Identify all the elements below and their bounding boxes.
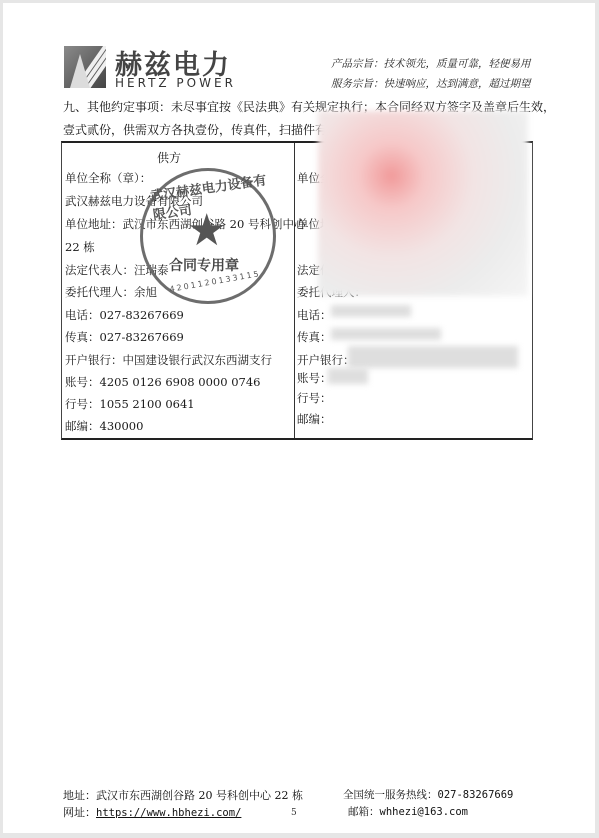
footer-hotline: 全国统一服务热线：027-83267669 [343, 787, 513, 802]
buyer-bank-label: 开户银行： [297, 352, 355, 368]
supplier-postcode: 邮编：430000 [65, 418, 143, 434]
buyer-bank-code-label: 行号： [297, 390, 332, 406]
supplier-phone: 电话：027-83267669 [65, 307, 184, 323]
supplier-agent: 委托代理人：余旭 [65, 284, 157, 300]
supplier-name-label: 单位全称（章）： [65, 170, 151, 186]
footer-address: 地址：武汉市东西湖创谷路 20 号科创中心 22 栋 [63, 787, 303, 803]
service-motto: 服务宗旨：快速响应，达到满意，超过期望 [331, 76, 531, 91]
column-divider [294, 143, 295, 438]
page-number: 5 [291, 808, 297, 818]
footer-website-row: 网址：https://www.hbhezi.com/ [63, 804, 241, 820]
supplier-account: 账号：4205 0126 6908 0000 0746 [65, 374, 260, 390]
redacted-bank [348, 346, 518, 368]
supplier-fax: 传真：027-83267669 [65, 329, 184, 345]
website-label: 网址： [63, 806, 96, 819]
seal-label: 合同专用章 [169, 255, 239, 275]
supplier-address-cont: 22 栋 [65, 239, 95, 255]
buyer-postcode-label: 邮编： [297, 411, 332, 427]
footer-email: 邮箱：whhezi@163.com [348, 804, 468, 819]
supplier-bank-code: 行号：1055 2100 0641 [65, 396, 195, 412]
buyer-phone-label: 电话： [297, 307, 332, 323]
clause-line-2: 壹式贰份，供需双方各执壹份，传真件，扫描件有效 [63, 121, 339, 138]
star-icon: ★ [187, 205, 226, 256]
contract-seal: 武汉赫兹电力设备有限公司 ★ 合同专用章 4201120133115 [140, 168, 276, 304]
supplier-bank: 开户银行：中国建设银行武汉东西湖支行 [65, 352, 272, 368]
supplier-header: 供方 [157, 149, 181, 166]
redacted-fax [331, 328, 441, 340]
hertz-logo-icon [64, 46, 106, 88]
website-link[interactable]: https://www.hbhezi.com/ [96, 807, 241, 819]
redacted-account [328, 368, 368, 384]
buyer-fax-label: 传真： [297, 329, 332, 345]
brand-name-en: HERTZ POWER [115, 76, 236, 90]
redacted-buyer-seal [318, 111, 528, 296]
redacted-phone [331, 305, 411, 317]
document-page: 赫兹电力 HERTZ POWER 产品宗旨：技术领先，质量可靠，轻便易用 服务宗… [3, 3, 595, 833]
buyer-account-label: 账号： [297, 370, 332, 386]
product-motto: 产品宗旨：技术领先，质量可靠，轻便易用 [331, 56, 531, 71]
